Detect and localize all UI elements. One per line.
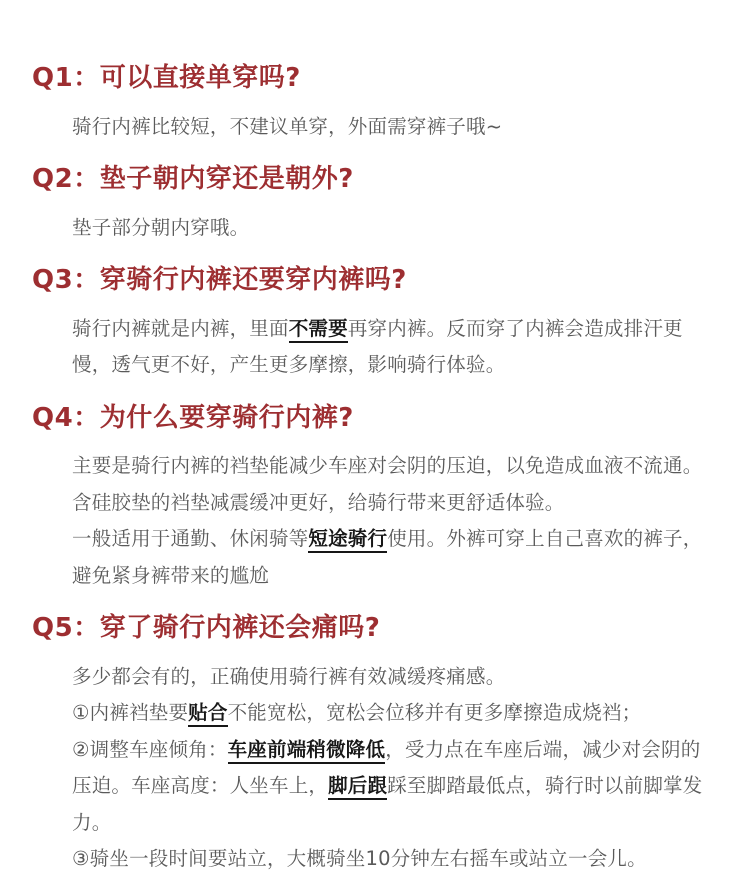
faq-question-title: Q3：穿骑行内裤还要穿内裤吗? bbox=[32, 264, 720, 297]
answer-text: 垫子部分朝内穿哦。 bbox=[72, 216, 249, 239]
faq-answer-block: 多少都会有的，正确使用骑行裤有效减缓疼痛感。①内裤裆垫要贴合不能宽松，宽松会位移… bbox=[72, 659, 720, 875]
answer-text: 骑行内裤比较短，不建议单穿，外面需穿裤子哦~ bbox=[72, 115, 502, 138]
answer-text: 多少都会有的，正确使用骑行裤有效减缓疼痛感。 bbox=[72, 665, 505, 688]
faq-answer-paragraph: ③骑坐一段时间要站立，大概骑坐10分钟左右摇车或站立一会儿。 bbox=[72, 841, 720, 875]
faq-question-title: Q1：可以直接单穿吗? bbox=[32, 62, 720, 95]
faq-question-title: Q5：穿了骑行内裤还会痛吗? bbox=[32, 612, 720, 645]
emphasized-term: 贴合 bbox=[188, 701, 227, 727]
faq-section: Q2：垫子朝内穿还是朝外? 垫子部分朝内穿哦。 bbox=[32, 163, 720, 246]
faq-question-title: Q4：为什么要穿骑行内裤? bbox=[32, 402, 720, 435]
answer-text: 主要是骑行内裤的裆垫能减少车座对会阴的压迫，以免造成血液不流通。含硅胶垫的裆垫减… bbox=[72, 454, 702, 514]
faq-answer-paragraph: 骑行内裤比较短，不建议单穿，外面需穿裤子哦~ bbox=[72, 109, 720, 146]
faq-answer-paragraph: 骑行内裤就是内裤，里面不需要再穿内裤。反而穿了内裤会造成排汗更慢，透气更不好，产… bbox=[72, 311, 720, 384]
emphasized-term: 短途骑行 bbox=[308, 527, 387, 553]
faq-answer-paragraph: 一般适用于通勤、休闲骑等短途骑行使用。外裤可穿上自己喜欢的裤子，避免紧身裤带来的… bbox=[72, 521, 720, 594]
faq-answer-paragraph: 主要是骑行内裤的裆垫能减少车座对会阴的压迫，以免造成血液不流通。含硅胶垫的裆垫减… bbox=[72, 448, 720, 521]
faq-answer-block: 骑行内裤比较短，不建议单穿，外面需穿裤子哦~ bbox=[72, 109, 720, 146]
faq-section: Q4：为什么要穿骑行内裤? 主要是骑行内裤的裆垫能减少车座对会阴的压迫，以免造成… bbox=[32, 402, 720, 595]
answer-text: ①内裤裆垫要 bbox=[72, 701, 188, 724]
faq-list: Q1：可以直接单穿吗? 骑行内裤比较短，不建议单穿，外面需穿裤子哦~ Q2：垫子… bbox=[32, 62, 720, 875]
faq-section: Q5：穿了骑行内裤还会痛吗? 多少都会有的，正确使用骑行裤有效减缓疼痛感。①内裤… bbox=[32, 612, 720, 875]
faq-question-title: Q2：垫子朝内穿还是朝外? bbox=[32, 163, 720, 196]
faq-answer-block: 主要是骑行内裤的裆垫能减少车座对会阴的压迫，以免造成血液不流通。含硅胶垫的裆垫减… bbox=[72, 448, 720, 594]
faq-answer-block: 骑行内裤就是内裤，里面不需要再穿内裤。反而穿了内裤会造成排汗更慢，透气更不好，产… bbox=[72, 311, 720, 384]
answer-text: ②调整车座倾角： bbox=[72, 738, 228, 761]
faq-section: Q3：穿骑行内裤还要穿内裤吗? 骑行内裤就是内裤，里面不需要再穿内裤。反而穿了内… bbox=[32, 264, 720, 384]
faq-answer-paragraph: 多少都会有的，正确使用骑行裤有效减缓疼痛感。 bbox=[72, 659, 720, 696]
faq-answer-block: 垫子部分朝内穿哦。 bbox=[72, 210, 720, 247]
faq-answer-paragraph: 垫子部分朝内穿哦。 bbox=[72, 210, 720, 247]
emphasized-term: 车座前端稍微降低 bbox=[228, 738, 386, 764]
faq-answer-paragraph: ①内裤裆垫要贴合不能宽松，宽松会位移并有更多摩擦造成烧裆； bbox=[72, 695, 720, 732]
faq-section: Q1：可以直接单穿吗? 骑行内裤比较短，不建议单穿，外面需穿裤子哦~ bbox=[32, 62, 720, 145]
emphasized-term: 脚后跟 bbox=[328, 774, 387, 800]
faq-answer-paragraph: ②调整车座倾角：车座前端稍微降低，受力点在车座后端，减少对会阴的压迫。车座高度：… bbox=[72, 732, 720, 842]
answer-text: 骑行内裤就是内裤，里面 bbox=[72, 317, 289, 340]
answer-text: 不能宽松，宽松会位移并有更多摩擦造成烧裆； bbox=[228, 701, 642, 724]
answer-text: ③骑坐一段时间要站立，大概骑坐10分钟左右摇车或站立一会儿。 bbox=[72, 847, 647, 870]
emphasized-term: 不需要 bbox=[289, 317, 348, 343]
faq-page: Q1：可以直接单穿吗? 骑行内裤比较短，不建议单穿，外面需穿裤子哦~ Q2：垫子… bbox=[0, 0, 750, 875]
answer-text: 一般适用于通勤、休闲骑等 bbox=[72, 527, 308, 550]
